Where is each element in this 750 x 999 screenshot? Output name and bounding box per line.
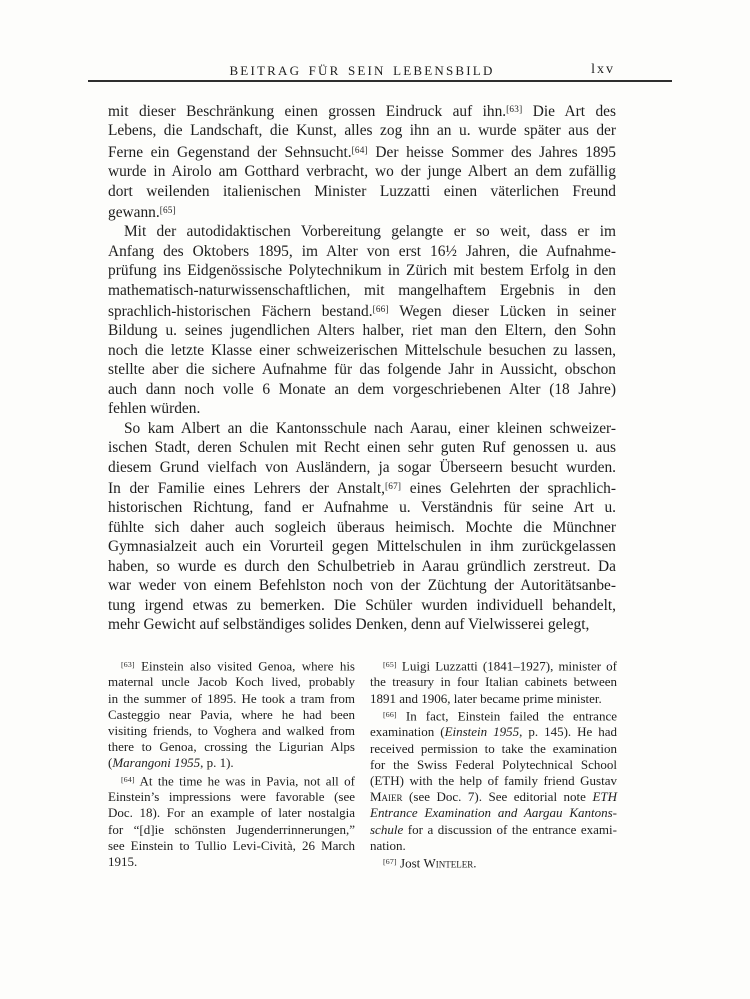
text-run: stellte aber die sichere Aufnahme für da… xyxy=(108,361,616,378)
footnote-marker: [66] xyxy=(373,304,389,314)
text-run: Ferne ein Gegenstand der Sehnsucht. xyxy=(108,144,352,161)
footnotes-left-column: [63] Einstein also visited Genoa, where … xyxy=(108,657,355,871)
italic-text: Entrance Examination and Aargau Kantons- xyxy=(370,805,617,820)
text-run: 1915. xyxy=(108,854,137,869)
text-run: , p. 1). xyxy=(200,755,234,770)
body-text-line: Ferne ein Gegenstand der Sehnsucht.[64] … xyxy=(108,141,616,162)
body-text-line: auch dann noch volle 6 Monate an dem vor… xyxy=(108,380,616,399)
text-run: Bildung u. seines jugendlichen Alters ha… xyxy=(108,322,616,339)
italic-text: ETH xyxy=(592,789,617,804)
body-text-line: haben, so wurde es durch den Schulbetrie… xyxy=(108,557,616,576)
body-text-line: ischen Stadt, deren Schulen mit Recht ei… xyxy=(108,438,616,457)
header-rule xyxy=(88,80,672,82)
text-run: prüfung ins Eidgenössische Polytechnikum… xyxy=(108,262,616,279)
text-run: Lebens, die Landschaft, die Kunst, alles… xyxy=(108,122,616,139)
text-run: there to Genoa, crossing the Ligurian Al… xyxy=(108,739,355,754)
body-paragraph: So kam Albert an die Kantonsschule nach … xyxy=(108,419,616,635)
body-paragraph: mit dieser Beschränkung einen grossen Ei… xyxy=(108,100,616,222)
footnote-line: for the Swiss Federal Polytechnical Scho… xyxy=(370,757,617,773)
text-run: Mit der autodidaktischen Vorbereitung ge… xyxy=(124,223,616,240)
text-run: noch die letzte Klasse einer schweizeris… xyxy=(108,342,616,359)
body-text-line: stellte aber die sichere Aufnahme für da… xyxy=(108,360,616,379)
text-run: war weder von einem Befehlston noch von … xyxy=(108,577,616,594)
body-text-line: So kam Albert an die Kantonsschule nach … xyxy=(108,419,616,438)
body-text-line: mathematisch-naturwissenschaftlichen, mi… xyxy=(108,281,616,300)
footnotes-right-column: [65] Luigi Luzzatti (1841–1927), ministe… xyxy=(370,657,617,871)
text-run: At the time he was in Pavia, not all of xyxy=(135,773,355,788)
smallcaps-name: Winteler xyxy=(424,855,474,870)
italic-text: schule xyxy=(370,822,403,837)
text-run: Doc. 18). For an example of later nostal… xyxy=(108,805,355,820)
text-run: Casteggio near Pavia, where he had been xyxy=(108,707,355,722)
text-run: Gymnasialzeit auch ein Vorurteil gegen M… xyxy=(108,538,616,555)
text-run: Die Art des xyxy=(522,103,616,120)
text-run: for the Swiss Federal Polytechnical Scho… xyxy=(370,757,617,772)
text-run: mit dieser Beschränkung einen grossen Ei… xyxy=(108,103,506,120)
footnote-marker: [64] xyxy=(352,145,368,155)
footnote-line: in the summer of 1895. He took a tram fr… xyxy=(108,691,355,707)
text-run: Einstein’s impressions were favorable (s… xyxy=(108,789,355,804)
body-text-line: gewann.[65] xyxy=(108,201,616,222)
footnote-line: [66] In fact, Einstein failed the entran… xyxy=(370,707,617,724)
text-run: gewann. xyxy=(108,204,160,221)
footnote-line: Einstein’s impressions were favorable (s… xyxy=(108,789,355,805)
text-run: received permission to take the examinat… xyxy=(370,741,617,756)
text-run: wurde in Airolo am Gotthard verbracht, w… xyxy=(108,163,616,180)
text-run: Luigi Luzzatti (1841–1927), minister of xyxy=(397,658,617,673)
text-run: mehr Gewicht auf selbständiges solides D… xyxy=(108,616,589,633)
footnote-line: (Marangoni 1955, p. 1). xyxy=(108,755,355,771)
footnote-line: Casteggio near Pavia, where he had been xyxy=(108,707,355,723)
running-head-title: BEITRAG FÜR SEIN LEBENSBILD xyxy=(108,63,616,79)
body-text-line: Anfang des Oktobers 1895, im Alter von e… xyxy=(108,242,616,261)
footnote-line: 1891 and 1906, later became prime minist… xyxy=(370,691,617,707)
text-run: eines Gelehrten der sprachlich- xyxy=(401,480,616,497)
text-run: (see Doc. 7). See editorial note xyxy=(403,789,593,804)
footnote-line: nation. xyxy=(370,838,617,854)
body-text-line: tung irgend etwas zu bemerken. Die Schül… xyxy=(108,596,616,615)
text-run: mathematisch-naturwissenschaftlichen, mi… xyxy=(108,282,616,299)
footnote-marker: [67] xyxy=(383,857,397,866)
footnote-line: there to Genoa, crossing the Ligurian Al… xyxy=(108,739,355,755)
body-text-line: war weder von einem Befehlston noch von … xyxy=(108,576,616,595)
footnote: [67] Jost Winteler. xyxy=(370,854,617,871)
text-run: sprachlich-historischen Fächern bestand. xyxy=(108,303,373,320)
footnote: [64] At the time he was in Pavia, not al… xyxy=(108,772,355,870)
footnote-marker: [63] xyxy=(506,104,522,114)
text-run: Jost xyxy=(397,855,424,870)
footnote-line: Maier (see Doc. 7). See editorial note E… xyxy=(370,789,617,805)
text-run: see Einstein to Tullio Levi-Cività, 26 M… xyxy=(108,838,355,853)
footnote: [65] Luigi Luzzatti (1841–1927), ministe… xyxy=(370,657,617,707)
text-run: , p. 145). He had xyxy=(519,724,617,739)
footnote-line: the treasury in four Italian cabinets be… xyxy=(370,674,617,690)
text-run: Anfang des Oktobers 1895, im Alter von e… xyxy=(108,243,616,260)
text-run: So kam Albert an die Kantonsschule nach … xyxy=(124,420,616,437)
italic-text: Einstein 1955 xyxy=(445,724,520,739)
text-run: haben, so wurde es durch den Schulbetrie… xyxy=(108,558,616,575)
footnote-marker: [67] xyxy=(385,481,401,491)
footnote-marker: [65] xyxy=(160,205,176,215)
smallcaps-name: Maier xyxy=(370,789,403,804)
footnote-line: Doc. 18). For an example of later nostal… xyxy=(108,805,355,821)
body-text-line: historischen Richtung, fand er Aufnahme … xyxy=(108,498,616,517)
text-run: dort weilenden italienischen Minister Lu… xyxy=(108,183,616,200)
body-text-line: diesem Grund vielfach von Ausländern, ja… xyxy=(108,458,616,477)
text-run: Wegen dieser Lücken in seiner xyxy=(389,303,616,320)
body-text-line: In der Familie eines Lehrers der Anstalt… xyxy=(108,477,616,498)
body-text-line: dort weilenden italienischen Minister Lu… xyxy=(108,182,616,201)
footnote: [63] Einstein also visited Genoa, where … xyxy=(108,657,355,772)
text-run: auch dann noch volle 6 Monate an dem vor… xyxy=(108,381,616,398)
text-run: in the summer of 1895. He took a tram fr… xyxy=(108,691,355,706)
footnote-line: visiting friends, to Voghera and walked … xyxy=(108,723,355,739)
footnote-line: maternal uncle Jacob Koch lived, probabl… xyxy=(108,674,355,690)
text-run: diesem Grund vielfach von Ausländern, ja… xyxy=(108,459,616,476)
body-text-line: Lebens, die Landschaft, die Kunst, alles… xyxy=(108,121,616,140)
footnote-line: received permission to take the examinat… xyxy=(370,741,617,757)
page-number: lxv xyxy=(591,62,615,78)
footnote-line: examination (Einstein 1955, p. 145). He … xyxy=(370,724,617,740)
text-run: fehlen würden. xyxy=(108,400,200,417)
text-run: (ETH) with the help of family friend Gus… xyxy=(370,773,617,788)
footnote-marker: [64] xyxy=(121,775,135,784)
text-run: historischen Richtung, fand er Aufnahme … xyxy=(108,499,616,516)
text-run: for a discussion of the entrance exami- xyxy=(403,822,617,837)
text-run: tung irgend etwas zu bemerken. Die Schül… xyxy=(108,597,616,614)
body-text-line: noch die letzte Klasse einer schweizeris… xyxy=(108,341,616,360)
body-text-line: mehr Gewicht auf selbständiges solides D… xyxy=(108,615,616,634)
body-text-line: fehlen würden. xyxy=(108,399,616,418)
text-run: examination ( xyxy=(370,724,445,739)
text-run: the treasury in four Italian cabinets be… xyxy=(370,674,617,689)
body-text-line: Bildung u. seines jugendlichen Alters ha… xyxy=(108,321,616,340)
body-text: mit dieser Beschränkung einen grossen Ei… xyxy=(108,100,616,635)
body-text-line: Gymnasialzeit auch ein Vorurteil gegen M… xyxy=(108,537,616,556)
text-run: visiting friends, to Voghera and walked … xyxy=(108,723,355,738)
text-run: ischen Stadt, deren Schulen mit Recht ei… xyxy=(108,439,616,456)
footnote-line: Entrance Examination and Aargau Kantons- xyxy=(370,805,617,821)
body-text-line: mit dieser Beschränkung einen grossen Ei… xyxy=(108,100,616,121)
footnote-line: [63] Einstein also visited Genoa, where … xyxy=(108,657,355,674)
body-text-line: Mit der autodidaktischen Vorbereitung ge… xyxy=(108,222,616,241)
footnote-line: for “[d]ie schönsten Jugenderrinnerungen… xyxy=(108,822,355,838)
body-text-line: sprachlich-historischen Fächern bestand.… xyxy=(108,300,616,321)
text-run: maternal uncle Jacob Koch lived, probabl… xyxy=(108,674,355,689)
footnote-line: [67] Jost Winteler. xyxy=(370,854,617,871)
italic-text: Marangoni 1955 xyxy=(112,755,200,770)
text-run: 1891 and 1906, later became prime minist… xyxy=(370,691,602,706)
body-text-line: wurde in Airolo am Gotthard verbracht, w… xyxy=(108,162,616,181)
footnote-marker: [65] xyxy=(383,660,397,669)
footnote-line: 1915. xyxy=(108,854,355,870)
text-run: fühlte sich daher auch sogleich überaus … xyxy=(108,519,616,536)
footnote-marker: [63] xyxy=(121,660,135,669)
text-run: Der heisse Sommer des Jahres 1895 xyxy=(368,144,616,161)
footnotes-section: [63] Einstein also visited Genoa, where … xyxy=(108,657,617,871)
book-page: BEITRAG FÜR SEIN LEBENSBILD lxv mit dies… xyxy=(0,0,750,999)
body-paragraph: Mit der autodidaktischen Vorbereitung ge… xyxy=(108,222,616,418)
body-text-line: fühlte sich daher auch sogleich überaus … xyxy=(108,518,616,537)
footnote-line: [64] At the time he was in Pavia, not al… xyxy=(108,772,355,789)
footnote-line: schule for a discussion of the entrance … xyxy=(370,822,617,838)
text-run: In fact, Einstein failed the entrance xyxy=(397,708,617,723)
footnote: [66] In fact, Einstein failed the entran… xyxy=(370,707,617,854)
text-run: Einstein also visited Genoa, where his xyxy=(135,658,355,673)
body-text-line: prüfung ins Eidgenössische Polytechnikum… xyxy=(108,261,616,280)
footnote-line: see Einstein to Tullio Levi-Cività, 26 M… xyxy=(108,838,355,854)
text-run: for “[d]ie schönsten Jugenderrinnerungen… xyxy=(108,822,355,837)
footnote-line: (ETH) with the help of family friend Gus… xyxy=(370,773,617,789)
footnote-line: [65] Luigi Luzzatti (1841–1927), ministe… xyxy=(370,657,617,674)
footnote-marker: [66] xyxy=(383,710,397,719)
text-run: nation. xyxy=(370,838,406,853)
text-run: In der Familie eines Lehrers der Anstalt… xyxy=(108,480,385,497)
text-run: . xyxy=(473,855,476,870)
